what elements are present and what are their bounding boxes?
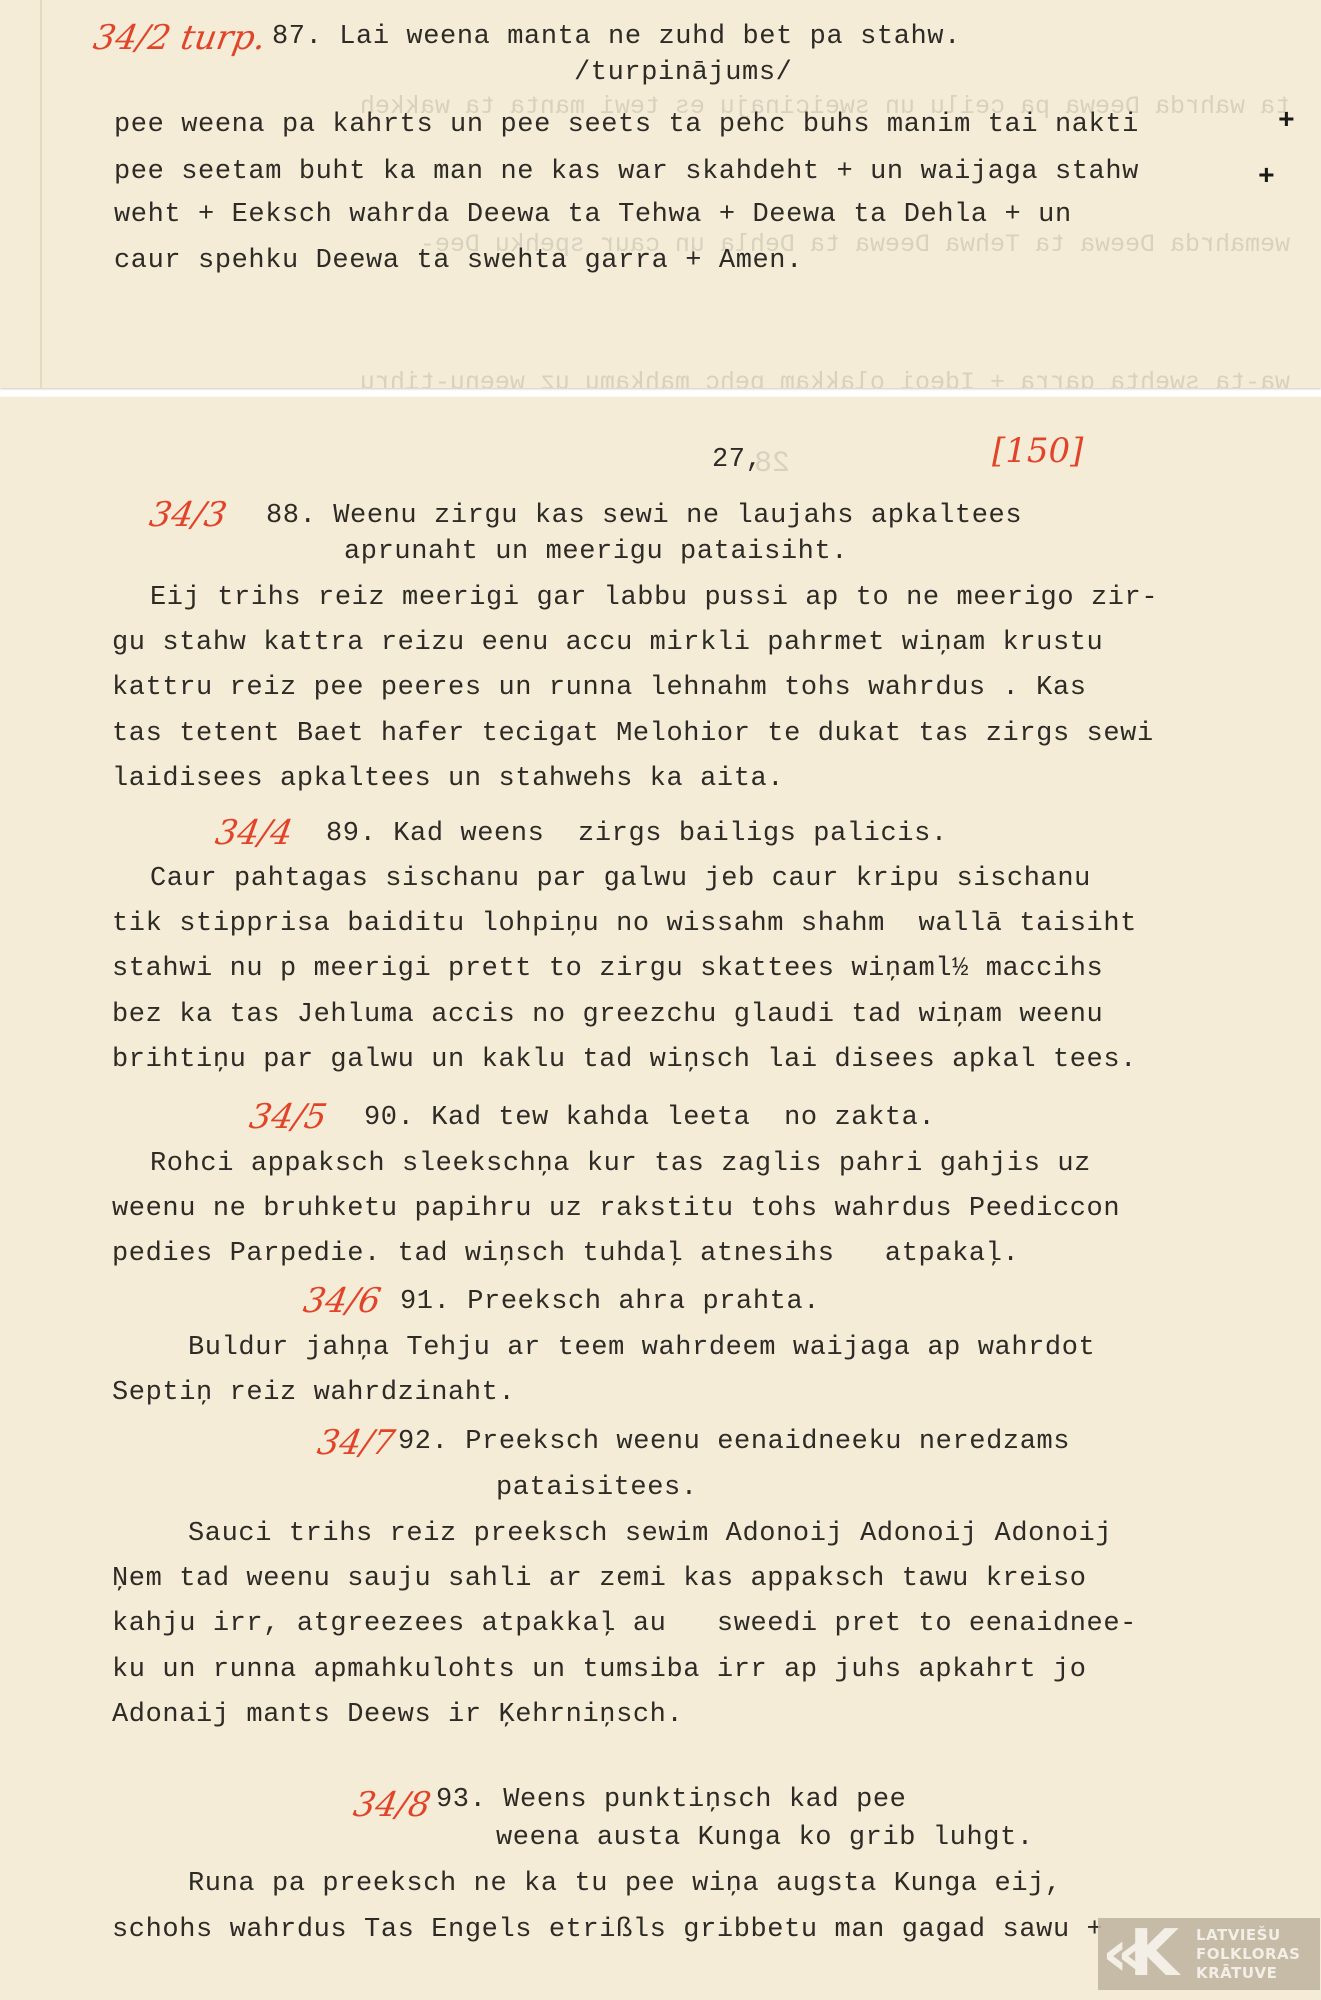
archive-name: LATVIEŠU FOLKLORAS KRĀTUVE: [1188, 1926, 1300, 1983]
entry-heading: pataisitees.: [496, 1473, 698, 1503]
entry-line: Sauci trihs reiz preeksch sewim Adonoij …: [188, 1519, 1112, 1549]
watermark-line: LATVIEŠU: [1196, 1926, 1300, 1945]
watermark-line: FOLKLORAS: [1196, 1945, 1300, 1964]
page-number: 27,: [712, 445, 762, 475]
entry-line: kahju irr, atgreezees atpakkaļ au sweedi…: [112, 1609, 1137, 1639]
entry-line: Caur pahtagas sischanu par galwu jeb cau…: [150, 864, 1091, 894]
entry-line: Adonaij mants Deews ir Ķehrniņsch.: [112, 1700, 683, 1730]
entry-line: Septiņ reiz wahrdzinaht.: [112, 1378, 515, 1408]
entry-line: bez ka tas Jehluma accis no greezchu gla…: [112, 1000, 1103, 1030]
entry-heading: 88. Weenu zirgu kas sewi ne laujahs apka…: [266, 501, 1022, 531]
entry-heading: 93. Weens punktiņsch kad pee: [436, 1785, 906, 1815]
entry-heading: 89. Kad weens zirgs bailigs palicis.: [326, 819, 948, 849]
entry-line: ku un runna apmahkulohts un tumsiba irr …: [112, 1655, 1087, 1685]
entry-line: Rohci appaksch sleekschņa kur tas zaglis…: [150, 1149, 1091, 1179]
entry-line: weht + Eeksch wahrda Deewa ta Tehwa + De…: [114, 200, 1072, 230]
margin-mark: +: [1278, 106, 1295, 137]
entry-heading: aprunaht un meerigu pataisiht.: [344, 537, 848, 567]
archive-annotation: 34/6: [300, 1281, 383, 1321]
entry-line: Runa pa preeksch ne ka tu pee wiņa augst…: [188, 1869, 1062, 1899]
entry-line: gu stahw kattra reizu eenu accu mirkli p…: [112, 628, 1103, 658]
bottom-paper-sheet: 28 27, [150] 34/3 88. Weenu zirgu kas se…: [0, 397, 1321, 2000]
archive-annotation: 34/4: [212, 813, 295, 853]
archive-page-number: [150]: [990, 429, 1085, 473]
entry-line: pee seetam buht ka man ne kas war skahde…: [114, 157, 1139, 187]
top-paper-sheet: ta wahrda Deewa pa ceilu un sweicinaju e…: [0, 0, 1321, 388]
entry-heading: 87. Lai weena manta ne zuhd bet pa stahw…: [272, 22, 961, 52]
entry-line: tik stipprisa baiditu lohpiņu no wissahm…: [112, 909, 1137, 939]
entry-line: tas tetent Baet hafer tecigat Melohior t…: [112, 719, 1154, 749]
entry-line: Ņem tad weenu sauju sahli ar zemi kas ap…: [112, 1564, 1087, 1594]
bleed-line: wa-ta swehta garra + Ideoi olakkam pehc …: [90, 360, 1290, 388]
archive-annotation: 34/2 turp.: [90, 18, 269, 58]
archive-annotation: 34/5: [246, 1097, 329, 1137]
entry-line: stahwi nu p meerigi prett to zirgu skatt…: [112, 954, 1103, 984]
entry-line: weenu ne bruhketu papihru uz rakstitu to…: [112, 1194, 1120, 1224]
entry-line: Buldur jahņa Tehju ar teem wahrdeem waij…: [188, 1333, 1095, 1363]
entry-heading: 92. Preeksch weenu eenaidneeku neredzams: [398, 1427, 1070, 1457]
entry-heading: 91. Preeksch ahra prahta.: [400, 1287, 820, 1317]
entry-line: pee weena pa kahrts un pee seets ta pehc…: [114, 110, 1139, 140]
archive-watermark: «K LATVIEŠU FOLKLORAS KRĀTUVE: [1098, 1918, 1320, 1990]
archive-annotation: 34/8: [350, 1785, 433, 1825]
entry-line: laidisees apkaltees un stahwehs ka aita.: [112, 764, 784, 794]
entry-line: pedies Parpedie. tad wiņsch tuhdaļ atnes…: [112, 1239, 1019, 1269]
entry-subheading: /turpinājums/: [574, 58, 792, 88]
watermark-line: KRĀTUVE: [1196, 1964, 1300, 1983]
paper-fold-edge: [40, 0, 42, 388]
entry-heading: weena austa Kunga ko grib luhgt.: [496, 1823, 1034, 1853]
archive-logo-icon: «K: [1098, 1918, 1188, 1990]
entry-line: caur spehku Deewa ta swehta garra + Amen…: [114, 246, 803, 276]
entry-line: Eij trihs reiz meerigi gar labbu pussi a…: [150, 583, 1158, 613]
archive-annotation: 34/7: [314, 1423, 397, 1463]
entry-line: kattru reiz pee peeres un runna lehnahm …: [112, 673, 1087, 703]
margin-mark: +: [1258, 162, 1275, 193]
archive-annotation: 34/3: [146, 495, 229, 535]
entry-line: schohs wahrdus Tas Engels etrißls gribbe…: [112, 1915, 1103, 1945]
entry-heading: 90. Kad tew kahda leeta no zakta.: [364, 1103, 935, 1133]
entry-line: brihtiņu par galwu un kaklu tad wiņsch l…: [112, 1045, 1137, 1075]
